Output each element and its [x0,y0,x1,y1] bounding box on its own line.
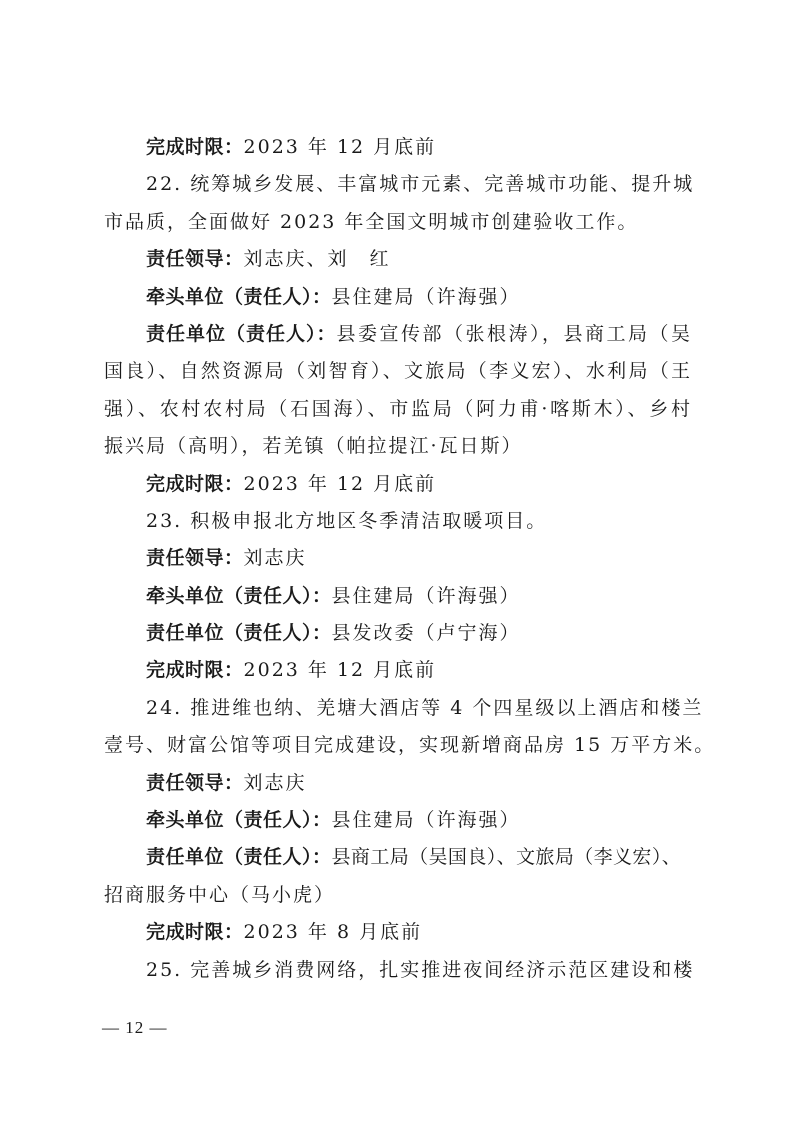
lead-unit-line: 牵头单位（责任人）：县住建局（许海强） [104,578,692,615]
resp-unit-value: 县委宣传部（张根涛），县商工局（吴 [337,323,692,345]
deadline-label: 完成时限： [146,921,244,943]
leader-value: 刘志庆 [244,547,307,569]
resp-unit-label: 责任单位（责任人）： [146,846,332,868]
resp-unit-label: 责任单位（责任人）： [146,622,332,644]
deadline-line: 完成时限：2023 年 12 月底前 [104,466,692,503]
lead-unit-label: 牵头单位（责任人）： [146,286,332,308]
lead-unit-line: 牵头单位（责任人）：县住建局（许海强） [104,279,692,316]
resp-unit-cont: 振兴局（高明），若羌镇（帕拉提江·瓦日斯） [104,428,692,465]
leader-line: 责任领导：刘志庆 [104,765,692,802]
page-number: — 12 — [102,1018,168,1038]
deadline-label: 完成时限： [146,659,244,681]
lead-unit-line: 牵头单位（责任人）：县住建局（许海强） [104,802,692,839]
deadline-value: 2023 年 8 月底前 [244,921,423,943]
leader-label: 责任领导： [146,547,244,569]
deadline-value: 2023 年 12 月底前 [244,136,437,158]
leader-value: 刘志庆 [244,772,307,794]
resp-unit-cont: 国良）、自然资源局（刘智育）、文旅局（李义宏）、水利局（王 [104,353,692,390]
deadline-label: 完成时限： [146,473,244,495]
lead-unit-label: 牵头单位（责任人）： [146,585,332,607]
deadline-line: 完成时限：2023 年 12 月底前 [104,652,692,689]
lead-unit-value: 县住建局（许海强） [332,585,521,607]
leader-label: 责任领导： [146,772,244,794]
item-title-line: 23. 积极申报北方地区冬季清洁取暖项目。 [104,503,692,540]
item-title-line: 市品质，全面做好 2023 年全国文明城市创建验收工作。 [104,204,692,241]
resp-unit-line: 责任单位（责任人）：县委宣传部（张根涛），县商工局（吴 [104,316,692,353]
resp-unit-cont: 强）、农村农村局（石国海）、市监局（阿力甫·喀斯木）、乡村 [104,391,692,428]
resp-unit-label: 责任单位（责任人）： [146,323,337,345]
deadline-value: 2023 年 12 月底前 [244,473,437,495]
leader-line: 责任领导：刘志庆、刘 红 [104,241,692,278]
leader-line: 责任领导：刘志庆 [104,540,692,577]
resp-unit-value: 县商工局（吴国良）、文旅局（李义宏）、 [332,846,682,868]
resp-unit-line: 责任单位（责任人）：县发改委（卢宁海） [104,615,692,652]
item-title-line: 25. 完善城乡消费网络，扎实推进夜间经济示范区建设和楼 [104,952,692,989]
resp-unit-line: 责任单位（责任人）：县商工局（吴国良）、文旅局（李义宏）、 [104,839,692,876]
item-title-line: 壹号、财富公馆等项目完成建设，实现新增商品房 15 万平方米。 [104,727,692,764]
resp-unit-cont: 招商服务中心（马小虎） [104,877,692,914]
item-title-line: 24. 推进维也纳、羌塘大酒店等 4 个四星级以上酒店和楼兰 [104,690,692,727]
item-title-line: 22. 统筹城乡发展、丰富城市元素、完善城市功能、提升城 [104,166,692,203]
lead-unit-value: 县住建局（许海强） [332,809,521,831]
leader-label: 责任领导： [146,248,244,270]
resp-unit-value: 县发改委（卢宁海） [332,622,521,644]
lead-unit-value: 县住建局（许海强） [332,286,521,308]
lead-unit-label: 牵头单位（责任人）： [146,809,332,831]
leader-value: 刘志庆、刘 红 [244,248,391,270]
deadline-line: 完成时限：2023 年 12 月底前 [104,129,692,166]
deadline-label: 完成时限： [146,136,244,158]
deadline-line: 完成时限：2023 年 8 月底前 [104,914,692,951]
deadline-value: 2023 年 12 月底前 [244,659,437,681]
document-page: 完成时限：2023 年 12 月底前 22. 统筹城乡发展、丰富城市元素、完善城… [104,129,692,989]
